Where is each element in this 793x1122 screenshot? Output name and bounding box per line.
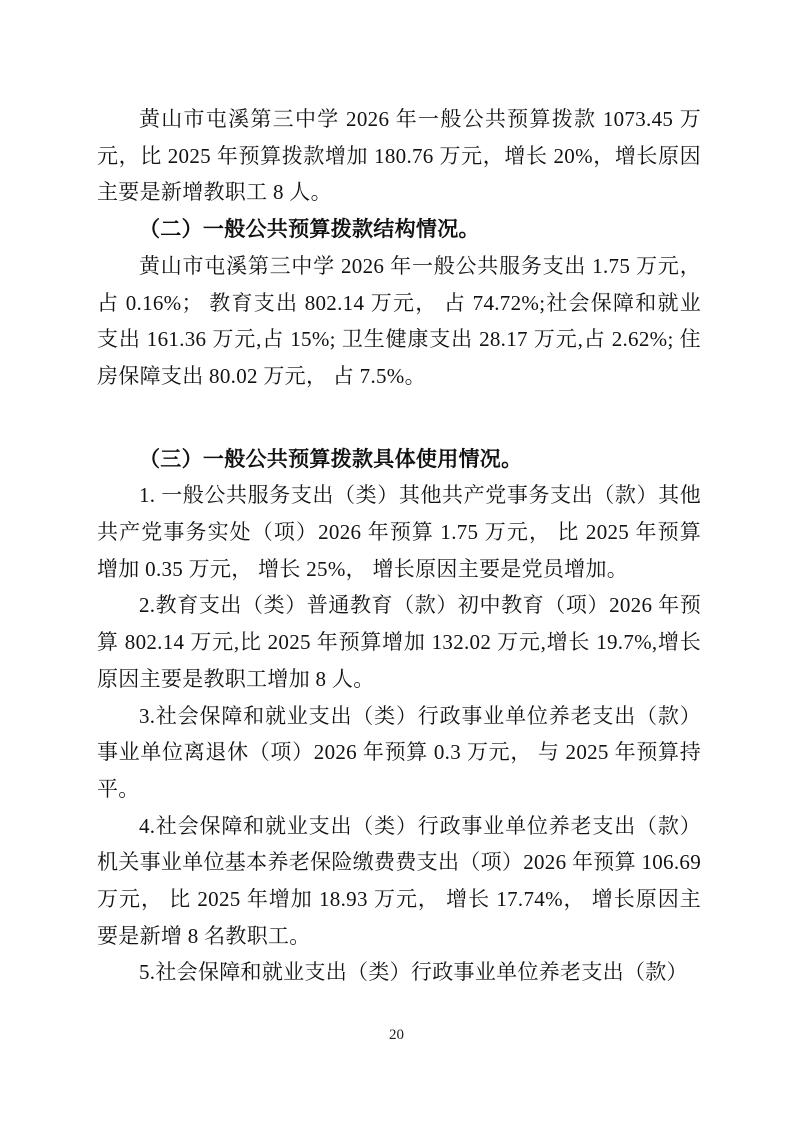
list-item-1-general-public-service: 1. 一般公共服务支出（类）其他共产党事务支出（款）其他共产党事务实处（项）20…	[97, 477, 701, 587]
list-item-3-social-security-retirement: 3.社会保障和就业支出（类）行政事业单位养老支出（款）事业单位离退休（项）202…	[97, 698, 701, 808]
heading-section-3-usage: （三）一般公共预算拨款具体使用情况。	[97, 441, 701, 478]
paragraph-budget-overview: 黄山市屯溪第三中学 2026 年一般公共预算拨款 1073.45 万元，比 20…	[97, 101, 701, 211]
list-item-4-pension-insurance: 4.社会保障和就业支出（类）行政事业单位养老支出（款）机关事业单位基本养老保险缴…	[97, 808, 701, 955]
document-body: 黄山市屯溪第三中学 2026 年一般公共预算拨款 1073.45 万元，比 20…	[97, 101, 701, 991]
heading-section-2-structure: （二）一般公共预算拨款结构情况。	[97, 211, 701, 248]
list-item-2-education: 2.教育支出（类）普通教育（款）初中教育（项）2026 年预算 802.14 万…	[97, 587, 701, 697]
page-number: 20	[0, 1025, 793, 1045]
paragraph-expenditure-structure: 黄山市屯溪第三中学 2026 年一般公共服务支出 1.75 万元，占 0.16%…	[97, 248, 701, 395]
list-item-5-social-security: 5.社会保障和就业支出（类）行政事业单位养老支出（款）	[97, 954, 701, 991]
document-page: 黄山市屯溪第三中学 2026 年一般公共预算拨款 1073.45 万元，比 20…	[0, 0, 793, 1122]
